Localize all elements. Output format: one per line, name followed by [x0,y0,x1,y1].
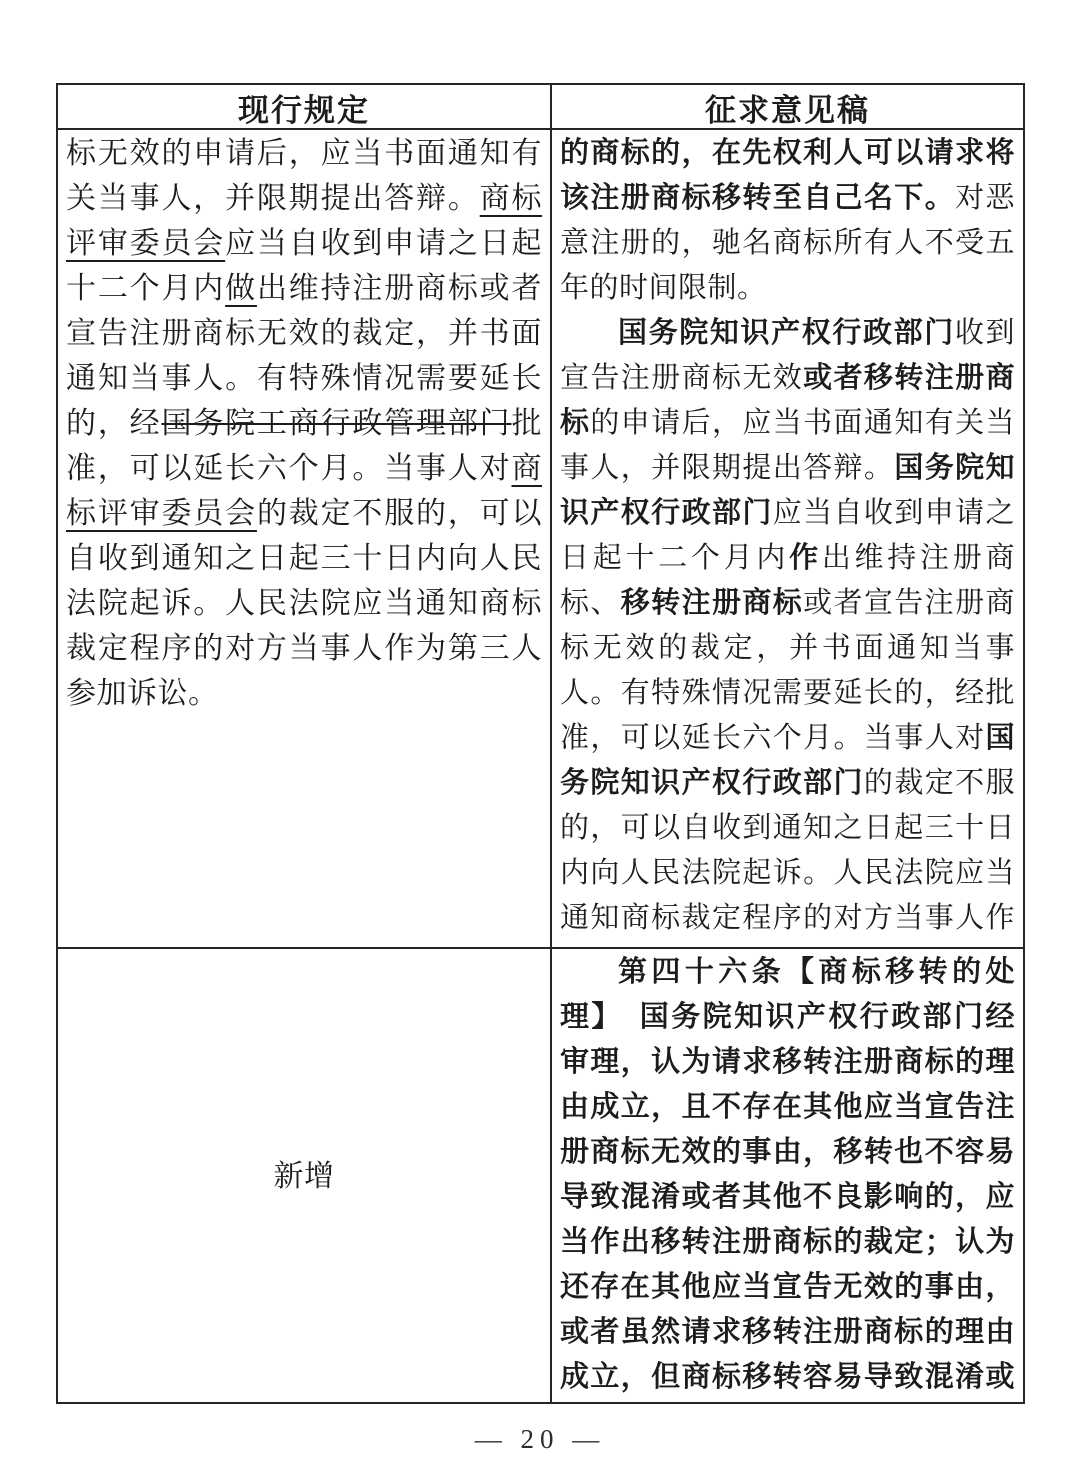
paragraph: 新增 [274,1154,335,1199]
text-segment: 的商标的，在先权利人可以请求将该注册商标移转至自己名下。 [560,137,1015,214]
column-header-current-regulations: 现行规定 [58,85,550,130]
table-row: 标无效的申请后，应当书面通知有关当事人，并限期提出答辩。商标评审委员会应当自收到… [58,130,1023,949]
table-header-row: 现行规定 征求意见稿 [58,85,1023,130]
text-segment: 国务院知识产权行政部门 [618,317,955,349]
text-segment: 新增 [274,1160,335,1193]
table-row: 新增 第四十六条【商标移转的处理】 国务院知识产权行政部门经审理，认为请求移转注… [58,949,1023,1402]
text-segment: 移转注册商标 [621,587,803,619]
text-segment: 作 [789,542,822,574]
paragraph: 国务院知识产权行政部门收到宣告注册商标无效或者移转注册商标的申请后，应当书面通知… [560,311,1015,947]
cell-current-regulations-row1: 标无效的申请后，应当书面通知有关当事人，并限期提出答辩。商标评审委员会应当自收到… [58,130,550,947]
paragraph: 第四十六条【商标移转的处理】 国务院知识产权行政部门经审理，认为请求移转注册商标… [560,950,1015,1402]
cell-current-regulations-row2-new-addition: 新增 [58,949,550,1402]
text-segment: 第四十六条【商标移转的处理】 国务院知识产权行政部门经审理，认为请求移转注册商标… [560,956,1015,1402]
comparison-table: 现行规定 征求意见稿 标无效的申请后，应当书面通知有关当事人，并限期提出答辩。商… [56,83,1025,1404]
column-header-draft-for-comments: 征求意见稿 [550,85,1023,130]
text-segment: 国务院工商行政管理部门 [161,407,511,440]
document-page: 现行规定 征求意见稿 标无效的申请后，应当书面通知有关当事人，并限期提出答辩。商… [0,0,1080,1465]
cell-draft-for-comments-row1: 的商标的，在先权利人可以请求将该注册商标移转至自己名下。对恶意注册的，驰名商标所… [550,130,1023,947]
paragraph: 标无效的申请后，应当书面通知有关当事人，并限期提出答辩。商标评审委员会应当自收到… [66,131,542,716]
text-segment: 做 [225,272,257,305]
cell-draft-for-comments-row2-article46: 第四十六条【商标移转的处理】 国务院知识产权行政部门经审理，认为请求移转注册商标… [550,949,1023,1402]
paragraph: 的商标的，在先权利人可以请求将该注册商标移转至自己名下。对恶意注册的，驰名商标所… [560,131,1015,311]
page-number: — 20 — [0,1424,1080,1455]
text-segment: 标无效的申请后，应当书面通知有关当事人，并限期提出答辩。 [66,137,542,215]
